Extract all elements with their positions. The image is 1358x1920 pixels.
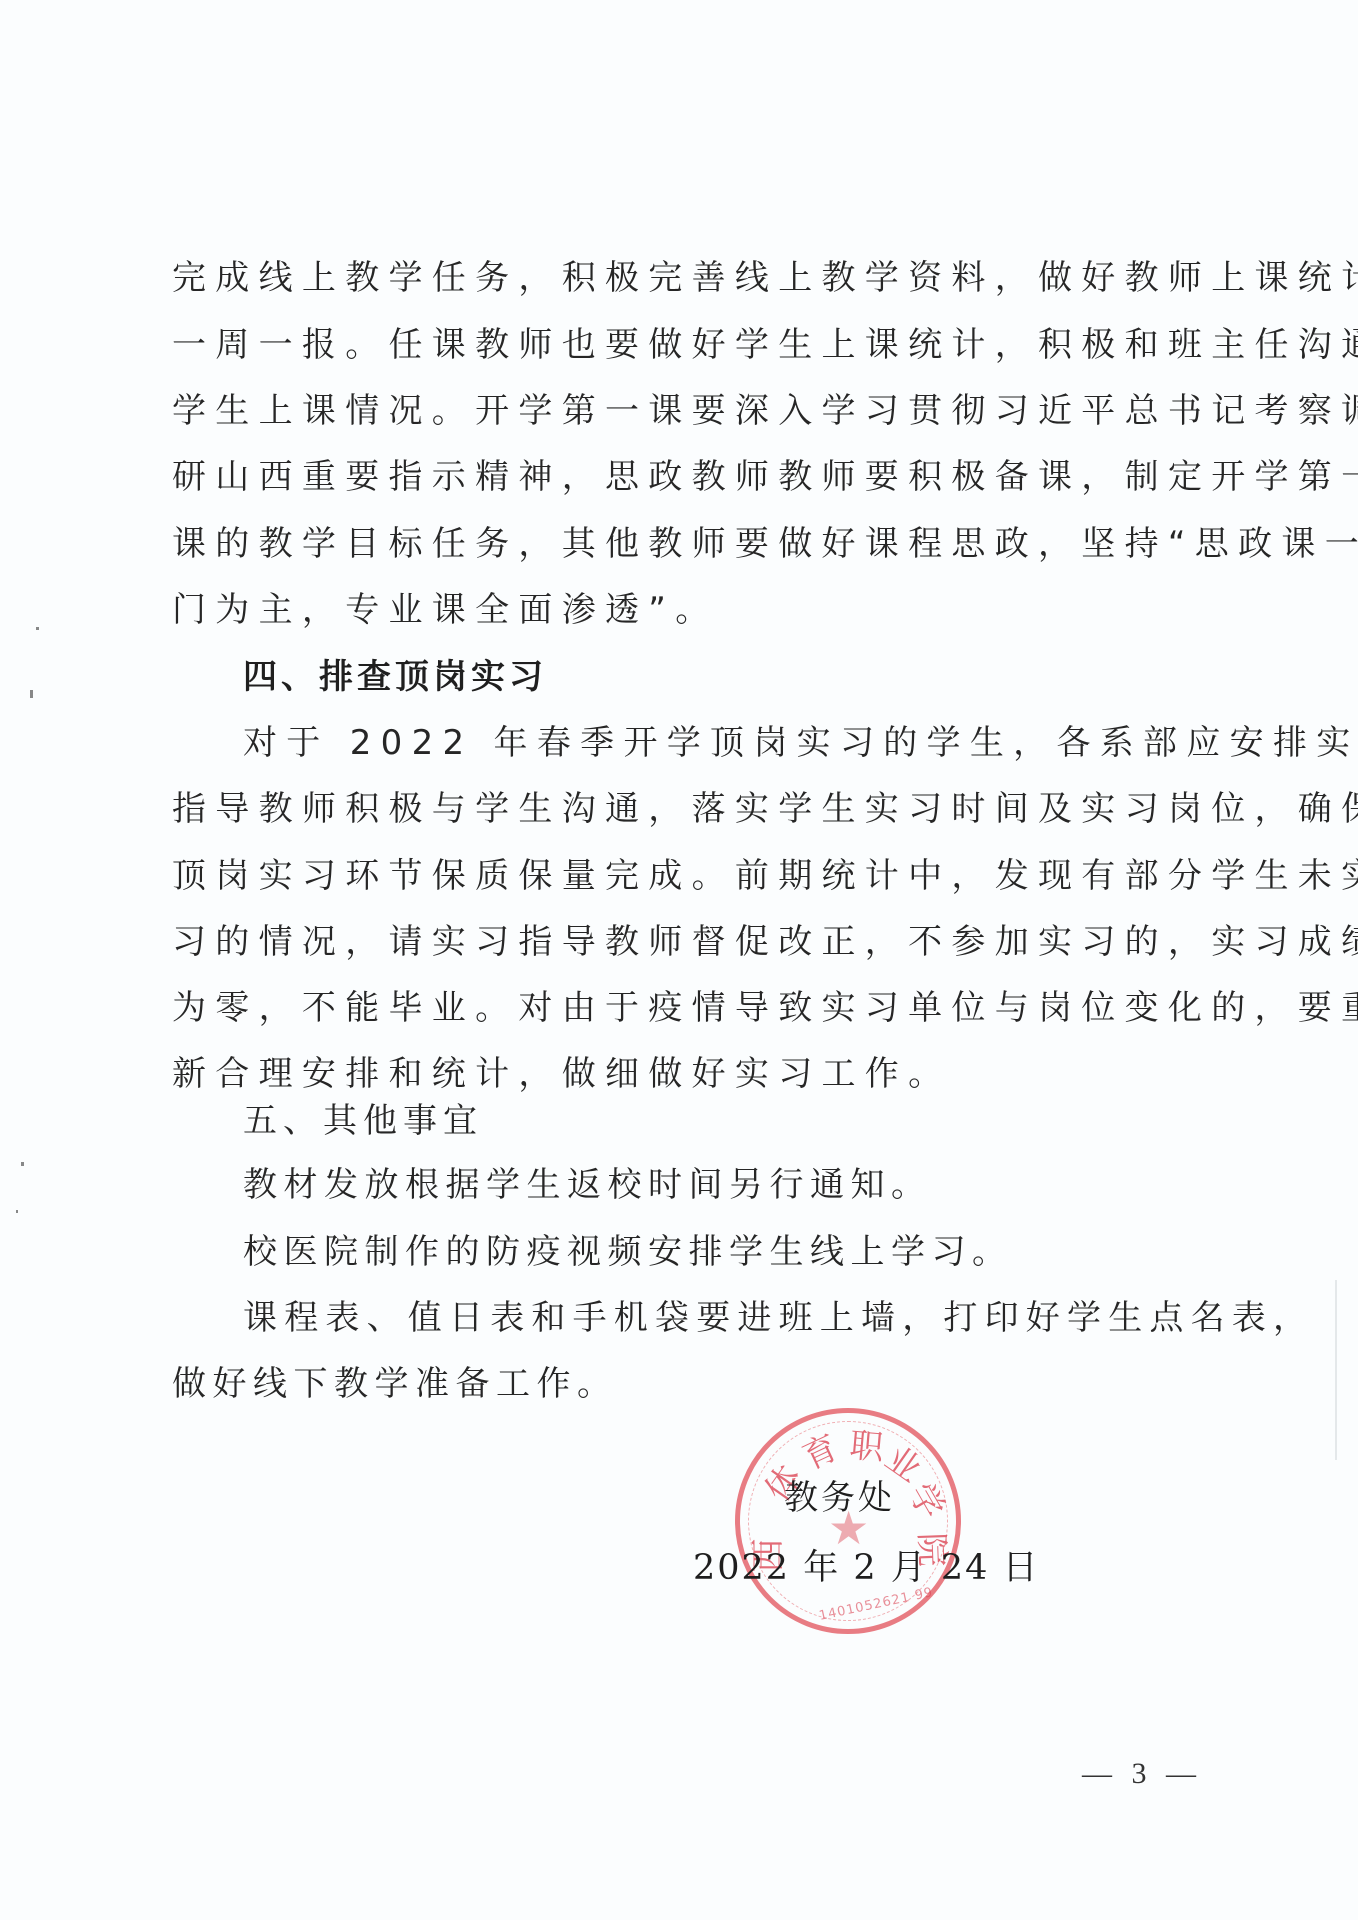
document-page: 完成线上教学任务，积极完善线上教学资料，做好教师上课统计， 一周一报。任课教师也… xyxy=(0,0,1358,1920)
text-line: 完成线上教学任务，积极完善线上教学资料，做好教师上课统计， xyxy=(172,258,1358,298)
text-line: 一周一报。任课教师也要做好学生上课统计，积极和班主任沟通 xyxy=(172,325,1358,365)
text-line: 校医院制作的防疫视频安排学生线上学习。 xyxy=(243,1232,1013,1272)
text-line: 做好线下教学准备工作。 xyxy=(172,1364,618,1404)
text-line: 教材发放根据学生返校时间另行通知。 xyxy=(243,1165,932,1205)
seal-char: 职 xyxy=(848,1418,886,1470)
text-line: 指导教师积极与学生沟通，落实学生实习时间及实习岗位，确保 xyxy=(172,789,1358,829)
text-line: 研山西重要指示精神，思政教师教师要积极备课，制定开学第一 xyxy=(172,457,1358,497)
text-line: 学生上课情况。开学第一课要深入学习贯彻习近平总书记考察调 xyxy=(172,391,1358,431)
scan-artifact xyxy=(36,627,39,630)
text-line: 顶岗实习环节保质保量完成。前期统计中，发现有部分学生未实 xyxy=(172,856,1358,896)
text-line: 课的教学目标任务，其他教师要做好课程思政，坚持“思政课一 xyxy=(172,524,1358,564)
scan-artifact xyxy=(30,690,33,698)
scan-edge-line xyxy=(1335,1280,1337,1460)
section-heading: 四、排查顶岗实习 xyxy=(243,657,547,697)
scan-artifact xyxy=(21,1162,24,1166)
text-line: 习的情况，请实习指导教师督促改正，不参加实习的，实习成绩 xyxy=(172,922,1358,962)
scan-artifact xyxy=(16,1210,18,1213)
text-line: 为零，不能毕业。对由于疫情导致实习单位与岗位变化的，要重 xyxy=(172,988,1358,1028)
page-number: — 3 — xyxy=(1082,1757,1202,1791)
text-line: 门为主，专业课全面渗透”。 xyxy=(172,590,719,630)
issue-date: 2022 年 2 月 24 日 xyxy=(693,1540,1040,1590)
text-line: 对于 2022 年春季开学顶岗实习的学生，各系部应安排实习 xyxy=(243,723,1358,763)
text-line: 课程表、值日表和手机袋要进班上墙，打印好学生点名表， xyxy=(243,1298,1314,1338)
issuing-department: 教务处 xyxy=(784,1470,895,1519)
official-seal: 西 体 育 职 业 学 院 ★ 1401052621 99 xyxy=(735,1408,961,1634)
text-line: 新合理安排和统计，做细做好实习工作。 xyxy=(172,1054,951,1094)
section-heading: 五、其他事宜 xyxy=(243,1101,483,1141)
